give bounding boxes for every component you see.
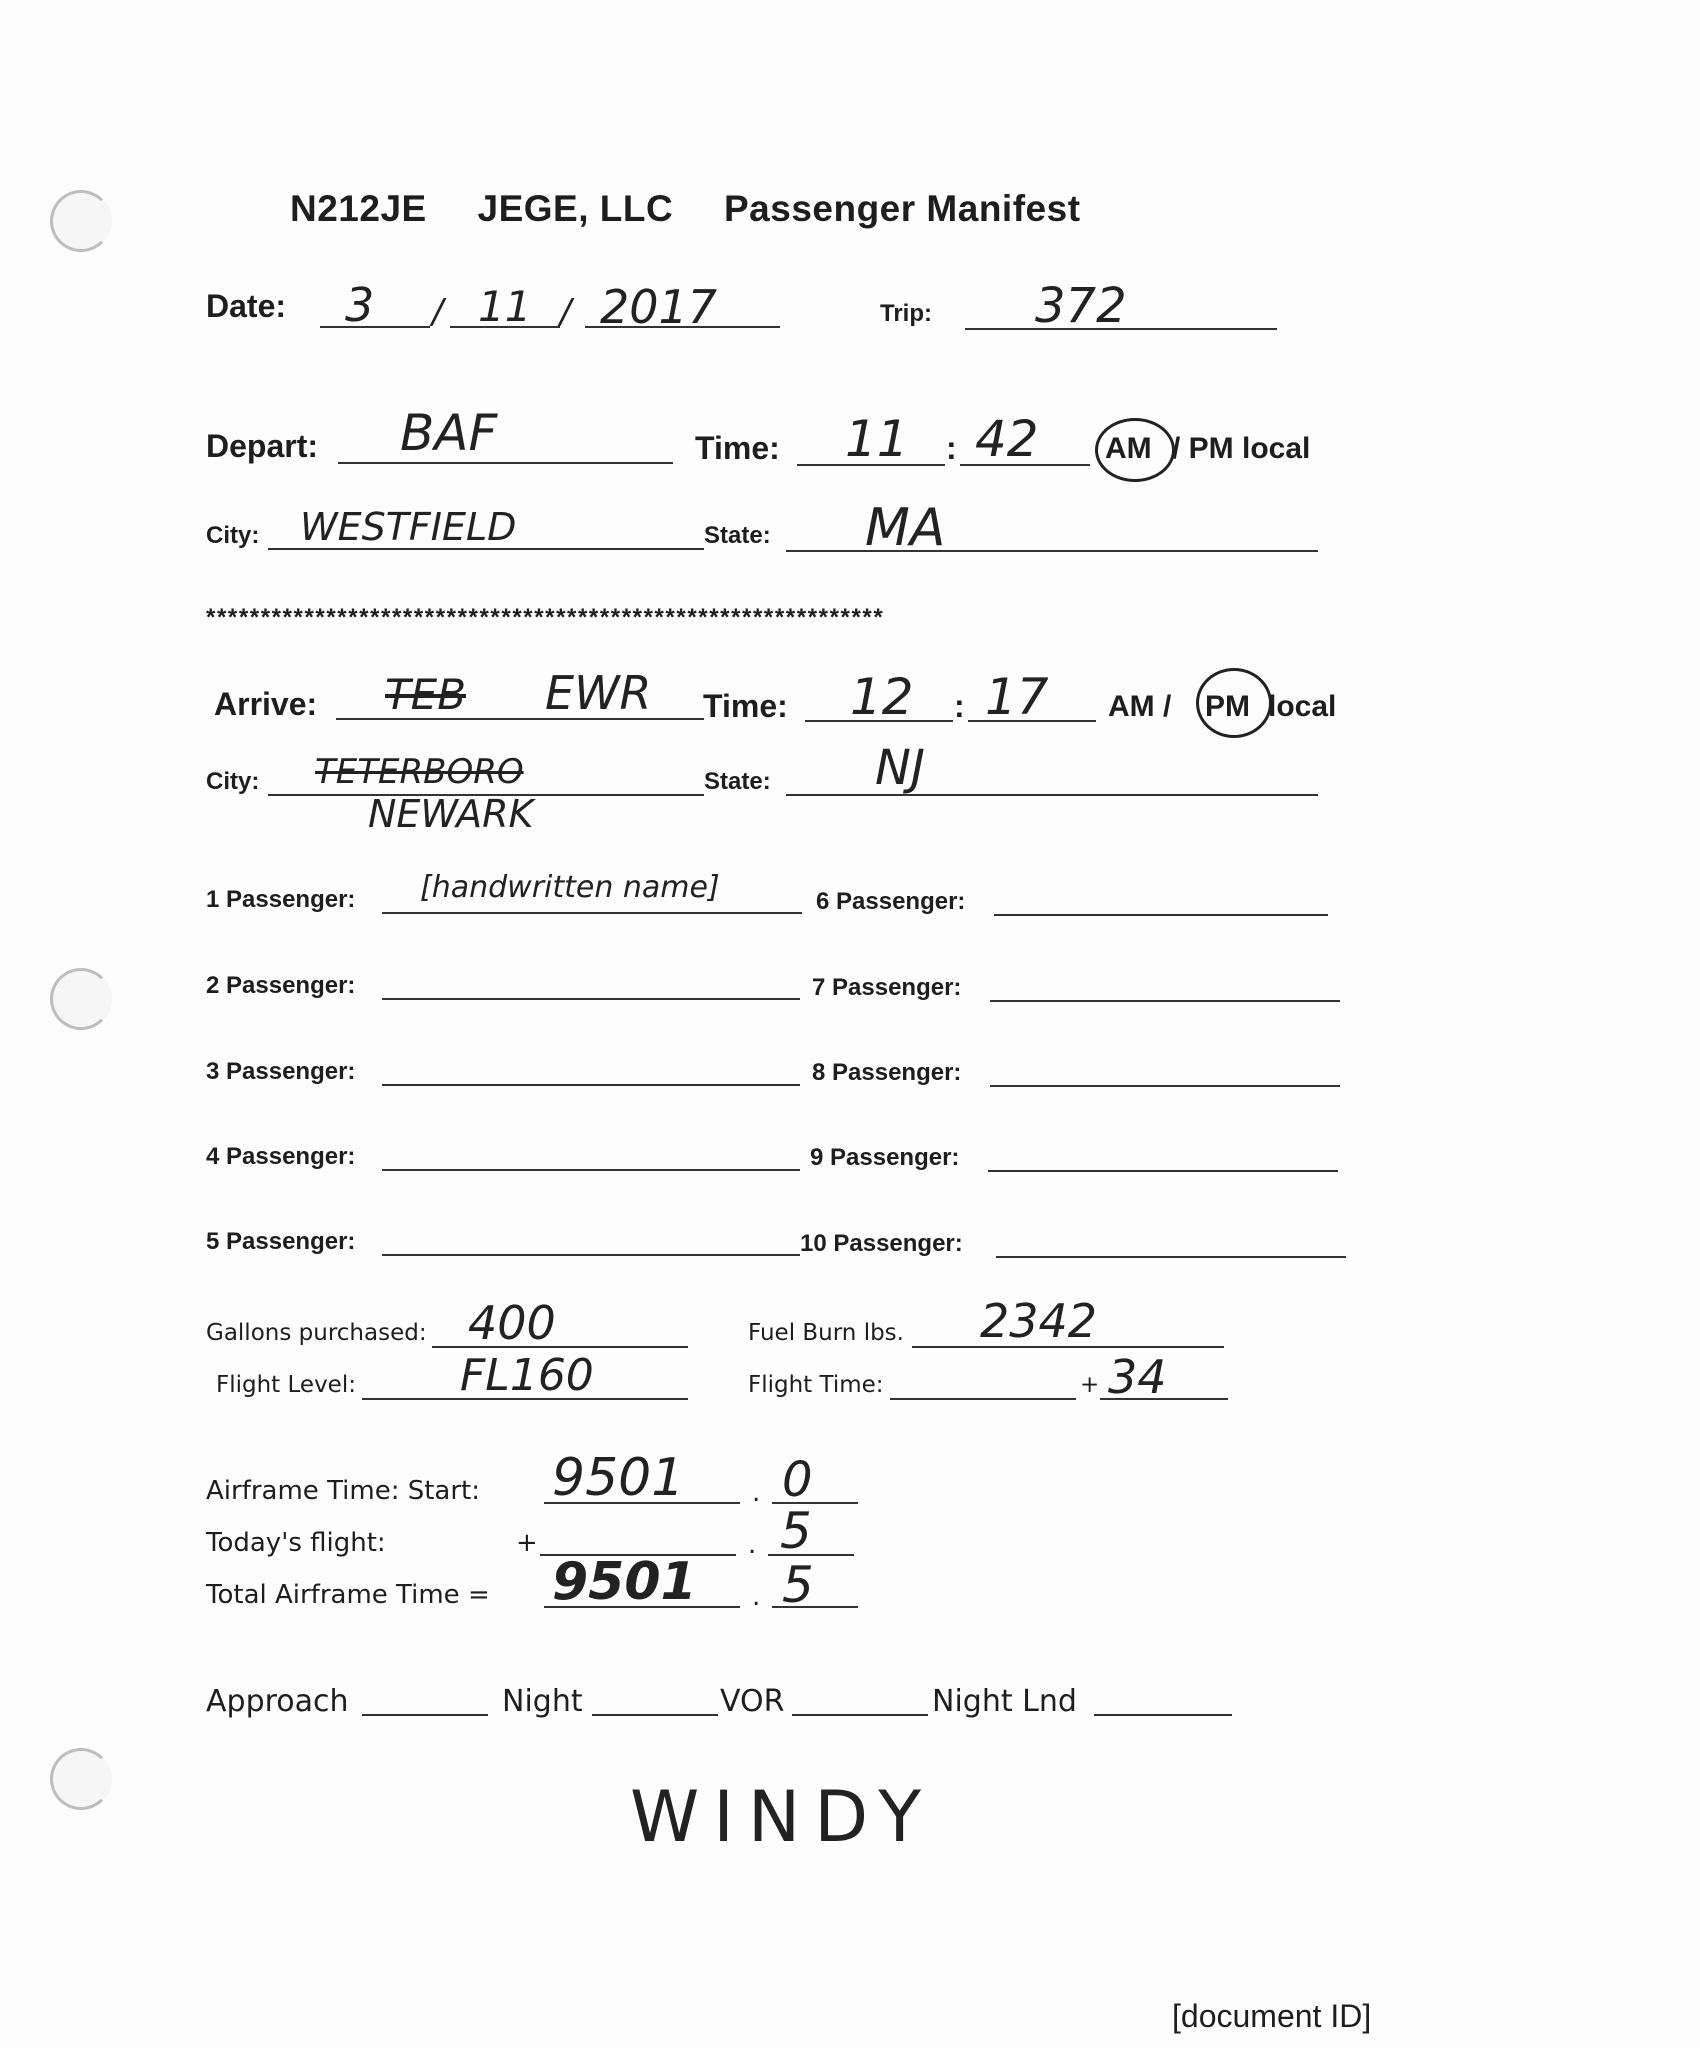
passenger-7-line xyxy=(990,1000,1340,1002)
binder-hole-top xyxy=(50,190,112,252)
flight-time-label: Flight Time: xyxy=(748,1372,884,1398)
passenger-3-line xyxy=(382,1084,800,1086)
arrive-airport: EWR xyxy=(545,666,652,720)
night-label: Night xyxy=(502,1684,583,1719)
arrive-local-label: local xyxy=(1268,690,1336,724)
trip-label: Trip: xyxy=(880,300,932,328)
arrive-label: Arrive: xyxy=(214,686,317,723)
depart-city-label: City: xyxy=(206,522,259,550)
passenger-1-value: [handwritten name] xyxy=(420,870,720,905)
binder-hole-middle xyxy=(50,968,112,1030)
arrive-time-colon: : xyxy=(954,688,965,725)
flight-time-plus: + xyxy=(1080,1372,1099,1398)
arrive-am-option: AM / xyxy=(1108,690,1171,724)
flight-level-label: Flight Level: xyxy=(216,1372,356,1398)
arrive-airport-struck: TEB xyxy=(385,670,466,719)
night-line xyxy=(592,1714,718,1716)
total-airframe-dot: . xyxy=(752,1582,760,1612)
depart-city: WESTFIELD xyxy=(300,505,516,549)
fuel-burn-value: 2342 xyxy=(980,1294,1097,1348)
arrive-city: NEWARK xyxy=(368,792,533,836)
tail-number: N212JE xyxy=(290,188,427,229)
depart-hour: 11 xyxy=(845,410,909,468)
passenger-2-label: 2 Passenger: xyxy=(206,972,355,1000)
passenger-8-label: 8 Passenger: xyxy=(812,1059,961,1087)
todays-flight-plus: + xyxy=(516,1528,538,1558)
passenger-4-line xyxy=(382,1169,800,1171)
date-year: 2017 xyxy=(600,280,717,334)
passenger-2-line xyxy=(382,998,800,1000)
arrive-state-line xyxy=(786,794,1318,796)
airframe-start-tenth: 0 xyxy=(782,1452,813,1508)
date-month-line xyxy=(320,326,430,328)
night-landing-label: Night Lnd xyxy=(932,1684,1077,1719)
arrive-state: NJ xyxy=(875,740,925,796)
depart-time-label: Time: xyxy=(695,430,780,467)
gallons-value: 400 xyxy=(468,1296,556,1350)
date-label: Date: xyxy=(206,288,286,325)
approach-line xyxy=(362,1714,488,1716)
total-airframe-whole: 9501 xyxy=(552,1552,697,1612)
depart-line xyxy=(338,462,673,464)
arrive-state-label: State: xyxy=(704,768,771,796)
arrive-city-struck: TETERBORO xyxy=(315,752,524,792)
document-id: [document ID] xyxy=(1172,1998,1371,2035)
night-landing-line xyxy=(1094,1714,1232,1716)
gallons-label: Gallons purchased: xyxy=(206,1320,427,1346)
passenger-10-line xyxy=(996,1256,1346,1258)
flight-level-value: FL160 xyxy=(460,1350,594,1401)
approach-label: Approach xyxy=(206,1684,349,1719)
passenger-6-label: 6 Passenger: xyxy=(816,888,965,916)
airframe-start-dot: . xyxy=(752,1478,760,1508)
depart-time-colon: : xyxy=(946,430,957,467)
todays-flight-dot: . xyxy=(748,1530,756,1560)
arrive-hour: 12 xyxy=(850,668,914,726)
date-month: 3 xyxy=(345,278,374,332)
passenger-4-label: 4 Passenger: xyxy=(206,1143,355,1171)
passenger-6-line xyxy=(994,914,1328,916)
passenger-5-line xyxy=(382,1254,800,1256)
todays-flight-tenth: 5 xyxy=(780,1502,812,1560)
passenger-9-label: 9 Passenger: xyxy=(810,1144,959,1172)
vor-line xyxy=(792,1714,928,1716)
section-separator: ****************************************… xyxy=(206,604,884,632)
passenger-7-label: 7 Passenger: xyxy=(812,974,961,1002)
date-separator-2: / xyxy=(560,292,571,332)
fuel-burn-label: Fuel Burn lbs. xyxy=(748,1320,904,1346)
passenger-9-line xyxy=(988,1170,1338,1172)
total-airframe-label: Total Airframe Time = xyxy=(206,1580,490,1610)
total-airframe-tenth: 5 xyxy=(782,1556,814,1614)
depart-minute: 42 xyxy=(975,410,1039,468)
date-day: 11 xyxy=(478,282,531,331)
passenger-3-label: 3 Passenger: xyxy=(206,1058,355,1086)
arrive-minute: 17 xyxy=(985,668,1049,726)
depart-state-label: State: xyxy=(704,522,771,550)
passenger-1-line xyxy=(382,912,802,914)
remarks: WINDY xyxy=(630,1776,935,1858)
trip-number: 372 xyxy=(1035,278,1127,334)
passenger-10-label: 10 Passenger: xyxy=(800,1230,963,1258)
depart-state: MA xyxy=(865,498,945,558)
passenger-5-label: 5 Passenger: xyxy=(206,1228,355,1256)
arrive-time-label: Time: xyxy=(703,688,788,725)
arrive-pm-selected-circle xyxy=(1196,668,1272,738)
depart-airport: BAF xyxy=(400,404,497,462)
vor-label: VOR xyxy=(720,1684,784,1719)
todays-flight-label: Today's flight: xyxy=(206,1528,386,1558)
airframe-start-whole: 9501 xyxy=(552,1448,684,1508)
flight-time-hours-line xyxy=(890,1398,1076,1400)
passenger-8-line xyxy=(990,1085,1340,1087)
flight-time-minutes: 34 xyxy=(1108,1350,1167,1404)
depart-am-selected-circle xyxy=(1095,418,1175,482)
company-name: JEGE, LLC xyxy=(478,188,674,229)
depart-label: Depart: xyxy=(206,428,318,465)
arrive-city-label: City: xyxy=(206,768,259,796)
passenger-1-label: 1 Passenger: xyxy=(206,886,355,914)
form-name: Passenger Manifest xyxy=(724,188,1081,229)
airframe-start-label: Airframe Time: Start: xyxy=(206,1476,480,1506)
date-separator-1: / xyxy=(432,292,443,332)
form-title: N212JE JEGE, LLC Passenger Manifest xyxy=(290,188,1121,230)
depart-pm-option: / PM local xyxy=(1172,432,1310,466)
binder-hole-bottom xyxy=(50,1748,112,1810)
